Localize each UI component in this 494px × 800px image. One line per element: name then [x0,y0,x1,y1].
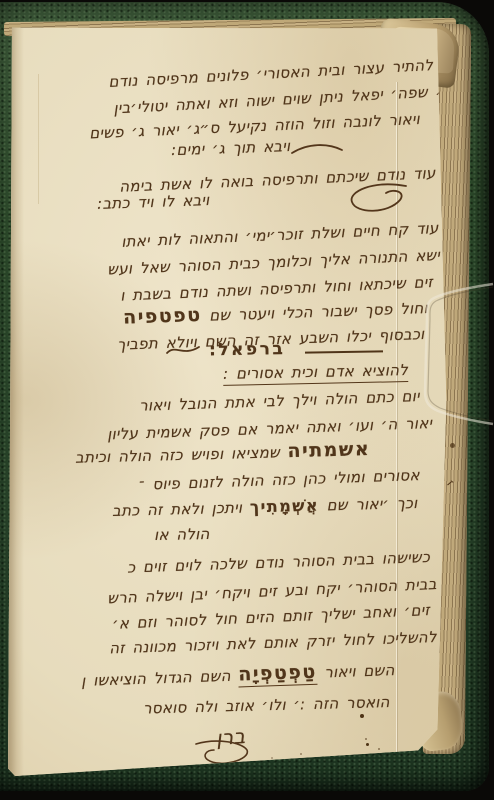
divine-name-taftefiah-pointed: טַפְטַפְיָה [238,661,317,688]
manuscript-line-4: ויבא תוך ג׳ ימים: [170,137,290,159]
divine-name-ashmatikh-pointed: אֲשְׁמָתִיך [250,496,320,517]
manuscript-line-25: הואסר הזה :׳ ולו׳ אוזב ולה סואסר [143,693,390,717]
manuscript-line-7: עוד קח חיים ושלת זוכר׳ימי׳ והתאוה לות יא… [121,219,439,251]
ink-spot [372,702,374,704]
manuscript-line-19: הולה או [154,525,210,544]
pen-flourish-tilde [165,342,203,358]
manuscript-page: ׳ להתיר עצור ובית האסורי׳ פלונים מרפיסה … [8,24,448,776]
manuscript-line-23: להשליכו לחול יזרק אותם לאת ויזכור מכוונה… [109,628,437,657]
manuscript-line-8: ישא התנורה אליך וכלומך כבית הסוהר שאל וע… [107,246,440,279]
manuscript-line-14: יום כתם הולה וילך לבי אתת הנובל ויאור [139,387,420,415]
section-divider-rule [305,350,383,353]
line-text: ויתכן ולאת זה כתב [112,498,250,520]
divine-name-taftefiah: טפטפיה [123,304,202,329]
pen-flourish-loop [344,182,412,218]
manuscript-line-17: אסורים ומולי כהן כזה הולה לזנום פיוס ־ [139,466,420,494]
ink-spot [271,757,273,759]
ink-spot [365,738,367,740]
left-crease-line [38,74,39,204]
line-text: וכך ׳יאור שם [319,494,418,515]
ink-spot [360,714,364,718]
ink-spot [366,743,369,746]
manuscript-line-20: כשישהו בבית הסוהר נודם שלכה לוים זוים כ [127,548,430,577]
section-heading-release-prisoner: להוציא אדם וכית אסורים : [223,361,408,383]
fore-edge-spot [450,443,455,448]
divine-name-ashmatiah: אשמתיה [287,438,370,462]
manuscript-line-22: זים׳ ואחב ישליך זותם הזים חול לסוהר וזם … [112,601,430,633]
ink-spot [300,753,302,755]
line-text: השם הגדול הוציאשו ן [81,666,239,689]
ink-spot [378,748,380,750]
line-text: השם ויאור [317,661,396,682]
heading-underlined: להוציא אדם וכית אסורים : [223,361,408,386]
manuscript-line-15: יאור ה׳ ועו׳ ואתה יאמר אם פסק אשמית עליו… [107,414,433,443]
manuscript-photo: ׳ להתיר עצור ובית האסורי׳ פלונים מרפיסה … [0,0,494,800]
manuscript-line-18: וכך ׳יאור שם אֲשְׁמָתִיך ויתכן ולאת זה כ… [112,493,418,520]
divine-name-berafael: ברפאל: [209,339,286,360]
manuscript-line-6: ויבא לו ויד כתב: [97,191,210,213]
manuscript-line-24: השם ויאור טַפְטַפְיָה השם הגדול הוציאשו … [81,658,395,691]
line-text: שמציאו ופויש כזה הולה וכיתב [75,443,288,467]
pen-flourish-dash [290,140,345,160]
transparent-band-overlay [394,274,494,436]
